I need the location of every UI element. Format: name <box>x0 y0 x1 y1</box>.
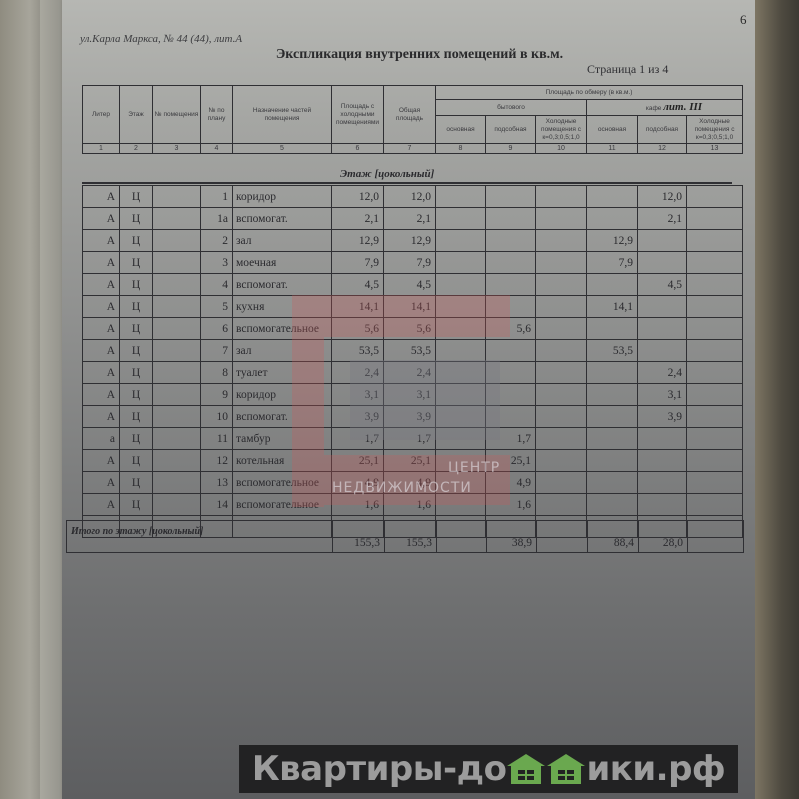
plan-no-cell: 8 <box>201 362 233 384</box>
liter-cell: А <box>83 230 120 252</box>
room-no-cell <box>153 384 201 406</box>
cafe-aux-cell <box>638 296 687 318</box>
total-area-cell: 53,5 <box>384 340 436 362</box>
column-number: 10 <box>536 144 587 154</box>
plan-no-cell: 2 <box>201 230 233 252</box>
floor-cell: Ц <box>120 406 153 428</box>
household-cold-cell <box>536 340 587 362</box>
plan-no-cell: 10 <box>201 406 233 428</box>
room-no-cell <box>153 318 201 340</box>
floor-cell: Ц <box>120 494 153 516</box>
cafe-cold-cell <box>687 318 743 340</box>
household-cold-cell <box>536 252 587 274</box>
address-line: ул.Карла Маркса, № 44 (44), лит.А <box>80 33 242 45</box>
household-cold-cell <box>536 296 587 318</box>
household-cold-cell <box>536 494 587 516</box>
liter-cell: А <box>83 296 120 318</box>
col-area-cold: Площадь с холодными помещениями <box>332 86 384 144</box>
brand-text-end: ики.рф <box>586 749 725 789</box>
household-main-cell <box>436 230 486 252</box>
col-plan-no: № по плану <box>201 86 233 144</box>
liter-cell: А <box>83 318 120 340</box>
plan-no-cell: 7 <box>201 340 233 362</box>
cafe-cold-cell <box>687 274 743 296</box>
cafe-main-cell: 14,1 <box>587 296 638 318</box>
floor-cell: Ц <box>120 208 153 230</box>
floor-cell: Ц <box>120 384 153 406</box>
area-cold-cell: 12,9 <box>332 230 384 252</box>
cafe-cold-cell <box>687 296 743 318</box>
liter-cell: А <box>83 208 120 230</box>
household-aux-cell <box>486 208 536 230</box>
plan-no-cell: 14 <box>201 494 233 516</box>
cafe-aux-cell: 2,1 <box>638 208 687 230</box>
cafe-cold-cell <box>687 208 743 230</box>
purpose-cell: вспомогат. <box>233 274 332 296</box>
household-cold-cell <box>536 406 587 428</box>
handwritten-liter-note: лит. III <box>663 101 702 113</box>
totals-household-cold <box>537 521 588 553</box>
purpose-cell: коридор <box>233 186 332 208</box>
cafe-main-cell <box>587 494 638 516</box>
plan-no-cell: 1 <box>201 186 233 208</box>
cafe-aux-cell <box>638 472 687 494</box>
household-aux-cell <box>486 274 536 296</box>
room-no-cell <box>153 230 201 252</box>
household-cold-cell <box>536 186 587 208</box>
brand-banner: Квартиры-до ики.рф <box>239 745 738 793</box>
col-total-area: Общая площадь <box>384 86 436 144</box>
col-main-1: основная <box>436 116 486 144</box>
cafe-cold-cell <box>687 472 743 494</box>
cafe-aux-cell: 2,4 <box>638 362 687 384</box>
household-main-cell <box>436 208 486 230</box>
cafe-cold-cell <box>687 450 743 472</box>
total-area-cell: 4,5 <box>384 274 436 296</box>
plan-no-cell: 11 <box>201 428 233 450</box>
liter-cell: А <box>83 186 120 208</box>
floor-cell: Ц <box>120 230 153 252</box>
room-no-cell <box>153 472 201 494</box>
totals-total-area: 155,3 <box>385 521 437 553</box>
column-number: 12 <box>638 144 687 154</box>
cafe-cold-cell <box>687 362 743 384</box>
col-room-no: № помещения <box>153 86 201 144</box>
totals-household-main <box>437 521 487 553</box>
column-number: 1 <box>83 144 120 154</box>
column-number: 9 <box>486 144 536 154</box>
cafe-aux-cell <box>638 230 687 252</box>
area-cold-cell: 4,5 <box>332 274 384 296</box>
floor-cell: Ц <box>120 340 153 362</box>
area-cold-cell: 53,5 <box>332 340 384 362</box>
cafe-cold-cell <box>687 340 743 362</box>
cafe-cold-cell <box>687 384 743 406</box>
plan-no-cell: 3 <box>201 252 233 274</box>
totals-cafe-main: 88,4 <box>588 521 639 553</box>
household-main-cell <box>436 340 486 362</box>
cafe-aux-cell <box>638 252 687 274</box>
room-no-cell <box>153 296 201 318</box>
area-cold-cell: 2,1 <box>332 208 384 230</box>
total-area-cell: 2,1 <box>384 208 436 230</box>
table-row: АЦ7зал53,553,553,5 <box>83 340 743 362</box>
totals-household-aux: 38,9 <box>487 521 537 553</box>
cafe-main-cell: 53,5 <box>587 340 638 362</box>
household-cold-cell <box>536 208 587 230</box>
floor-cell: Ц <box>120 252 153 274</box>
room-no-cell <box>153 208 201 230</box>
floor-cell: Ц <box>120 472 153 494</box>
plan-no-cell: 13 <box>201 472 233 494</box>
cafe-aux-cell <box>638 340 687 362</box>
cafe-aux-cell <box>638 428 687 450</box>
column-number: 7 <box>384 144 436 154</box>
liter-cell: а <box>83 428 120 450</box>
room-no-cell <box>153 274 201 296</box>
cafe-aux-cell <box>638 318 687 340</box>
column-numbers-row: 12345678910111213 <box>83 144 743 154</box>
totals-area-cold: 155,3 <box>333 521 385 553</box>
table-row: АЦ4вспомогат.4,54,54,5 <box>83 274 743 296</box>
household-aux-cell <box>486 340 536 362</box>
liter-cell: А <box>83 450 120 472</box>
household-main-cell <box>436 252 486 274</box>
page-counter: Страница 1 из 4 <box>587 62 668 77</box>
cafe-main-cell: 12,9 <box>587 230 638 252</box>
col-aux-2: подсобная <box>638 116 687 144</box>
table-row: АЦ3моечная7,97,97,9 <box>83 252 743 274</box>
table-row: АЦ2зал12,912,912,9 <box>83 230 743 252</box>
household-cold-cell <box>536 362 587 384</box>
binder-edge <box>755 0 799 799</box>
purpose-cell: зал <box>233 230 332 252</box>
floor-label: Этаж [цокольный] <box>340 168 434 180</box>
room-no-cell <box>153 340 201 362</box>
document-title: Экспликация внутренних помещений в кв.м. <box>0 47 799 63</box>
cafe-aux-cell: 3,9 <box>638 406 687 428</box>
floor-cell: Ц <box>120 274 153 296</box>
cafe-aux-cell <box>638 494 687 516</box>
group-household: бытового <box>436 100 587 116</box>
liter-cell: А <box>83 494 120 516</box>
plan-no-cell: 9 <box>201 384 233 406</box>
floor-cell: Ц <box>120 318 153 340</box>
divider <box>82 182 732 184</box>
household-cold-cell <box>536 318 587 340</box>
area-cold-cell: 12,0 <box>332 186 384 208</box>
watermark-line1: ЦЕНТР <box>448 460 500 476</box>
column-number: 4 <box>201 144 233 154</box>
column-number: 13 <box>687 144 743 154</box>
cafe-main-cell <box>587 318 638 340</box>
floor-cell: Ц <box>120 450 153 472</box>
column-number: 3 <box>153 144 201 154</box>
col-main-2: основная <box>587 116 638 144</box>
cafe-main-cell <box>587 384 638 406</box>
floor-cell: Ц <box>120 186 153 208</box>
household-cold-cell <box>536 274 587 296</box>
cafe-cold-cell <box>687 428 743 450</box>
floor-cell: Ц <box>120 362 153 384</box>
col-cold-2: Холодные помещения с к=0,3;0,5;1,0 <box>687 116 743 144</box>
household-aux-cell <box>486 230 536 252</box>
total-area-cell: 12,0 <box>384 186 436 208</box>
cafe-main-cell <box>587 450 638 472</box>
column-number: 11 <box>587 144 638 154</box>
cafe-aux-cell: 12,0 <box>638 186 687 208</box>
floor-cell: Ц <box>120 428 153 450</box>
col-purpose: Назначение частей помещения <box>233 86 332 144</box>
cafe-aux-cell <box>638 450 687 472</box>
cafe-main-cell <box>587 186 638 208</box>
cafe-main-cell <box>587 362 638 384</box>
plan-no-cell: 1а <box>201 208 233 230</box>
cafe-main-cell <box>587 472 638 494</box>
total-area-cell: 12,9 <box>384 230 436 252</box>
household-main-cell <box>436 274 486 296</box>
household-cold-cell <box>536 472 587 494</box>
plan-no-cell: 12 <box>201 450 233 472</box>
liter-cell: А <box>83 472 120 494</box>
cafe-cold-cell <box>687 252 743 274</box>
household-cold-cell <box>536 428 587 450</box>
col-cold-1: Холодные помещения с к=0,3;0,5;1,0 <box>536 116 587 144</box>
column-number: 6 <box>332 144 384 154</box>
household-aux-cell <box>486 252 536 274</box>
cafe-cold-cell <box>687 186 743 208</box>
cafe-main-cell <box>587 406 638 428</box>
column-number: 8 <box>436 144 486 154</box>
cafe-aux-cell: 4,5 <box>638 274 687 296</box>
room-no-cell <box>153 186 201 208</box>
watermark-bar-left <box>292 337 324 507</box>
total-area-cell: 7,9 <box>384 252 436 274</box>
purpose-cell: вспомогат. <box>233 208 332 230</box>
room-no-cell <box>153 362 201 384</box>
room-no-cell <box>153 252 201 274</box>
liter-cell: А <box>83 384 120 406</box>
floor-cell: Ц <box>120 296 153 318</box>
cafe-cold-cell <box>687 406 743 428</box>
totals-cafe-cold <box>688 521 744 553</box>
room-no-cell <box>153 450 201 472</box>
col-measured-area: Площадь по обмеру (в кв.м.) <box>436 86 743 100</box>
group-cafe: кафе лит. III <box>587 100 743 116</box>
totals-table: Итого по этажу [цокольный] 155,3 155,3 3… <box>66 520 744 553</box>
watermark-letters <box>350 360 500 440</box>
table-row: АЦ1коридор12,012,012,0 <box>83 186 743 208</box>
watermark-line2: НЕДВИЖИМОСТИ <box>332 480 472 496</box>
cafe-main-cell <box>587 274 638 296</box>
totals-row: Итого по этажу [цокольный] 155,3 155,3 3… <box>67 521 744 553</box>
column-number: 5 <box>233 144 332 154</box>
household-aux-cell <box>486 186 536 208</box>
purpose-cell: моечная <box>233 252 332 274</box>
room-no-cell <box>153 428 201 450</box>
cafe-aux-cell: 3,1 <box>638 384 687 406</box>
cafe-main-cell <box>587 208 638 230</box>
liter-cell: А <box>83 252 120 274</box>
cafe-cold-cell <box>687 230 743 252</box>
house-icon <box>547 754 585 784</box>
household-cold-cell <box>536 450 587 472</box>
house-icon <box>507 754 545 784</box>
cafe-main-cell <box>587 428 638 450</box>
col-floor: Этаж <box>120 86 153 144</box>
column-number: 2 <box>120 144 153 154</box>
household-main-cell <box>436 186 486 208</box>
liter-cell: А <box>83 274 120 296</box>
room-no-cell <box>153 406 201 428</box>
household-cold-cell <box>536 384 587 406</box>
page-marker: 6 <box>740 12 747 28</box>
liter-cell: А <box>83 340 120 362</box>
room-no-cell <box>153 494 201 516</box>
liter-cell: А <box>83 406 120 428</box>
col-liter: Литер <box>83 86 120 144</box>
liter-cell: А <box>83 362 120 384</box>
watermark-bar-top <box>292 295 510 337</box>
plan-no-cell: 4 <box>201 274 233 296</box>
table-header: Литер Этаж № помещения № по плану Назнач… <box>82 85 743 154</box>
totals-cafe-aux: 28,0 <box>639 521 688 553</box>
household-cold-cell <box>536 230 587 252</box>
cafe-main-cell: 7,9 <box>587 252 638 274</box>
brand-text-start: Квартиры-до <box>252 749 507 789</box>
cafe-cold-cell <box>687 494 743 516</box>
col-aux-1: подсобная <box>486 116 536 144</box>
totals-label: Итого по этажу [цокольный] <box>67 521 333 553</box>
table-row: АЦ1авспомогат.2,12,12,1 <box>83 208 743 230</box>
plan-no-cell: 6 <box>201 318 233 340</box>
plan-no-cell: 5 <box>201 296 233 318</box>
area-cold-cell: 7,9 <box>332 252 384 274</box>
